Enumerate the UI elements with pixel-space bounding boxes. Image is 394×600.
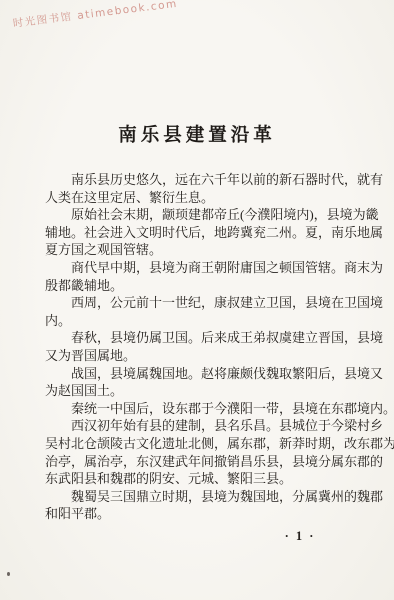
text-line: 又为晋国属地。 bbox=[45, 347, 391, 365]
text-line: 殷都畿辅地。 bbox=[45, 277, 391, 295]
text-line: 西汉初年始有县的建制，县名乐昌。县城位于今梁村乡 bbox=[45, 417, 391, 435]
text-line: 辅地。社会进入文明时代后，地跨冀兖二州。夏，南乐地属 bbox=[45, 224, 391, 242]
text-line: 商代早中期，县境为商王朝附庸国之顿国管辖。商末为 bbox=[45, 259, 391, 277]
page-number: · 1 · bbox=[270, 529, 330, 544]
scan-artifact-speck bbox=[7, 572, 10, 576]
text-line: 东武阳县和魏郡的阴安、元城、繁阳三县。 bbox=[45, 470, 391, 488]
library-watermark: 时光图书馆 atimebook.com bbox=[12, 0, 178, 31]
text-line: 战国，县境属魏国地。赵将廉颇伐魏取繁阳后，县境又 bbox=[45, 365, 391, 383]
text-line: 治亭，属治亭，东汉建武年间撤销昌乐县，县境分属东郡的 bbox=[45, 453, 391, 471]
text-line: 秦统一中国后，设东郡于今濮阳一带，县境在东郡境内。 bbox=[45, 400, 391, 418]
text-line: 吴村北仓颉陵古文化遗址北侧，属东郡，新莽时期，改东郡为 bbox=[45, 435, 391, 453]
text-line: 魏蜀吴三国鼎立时期，县境为魏国地，分属冀州的魏郡 bbox=[45, 488, 391, 506]
book-page: 时光图书馆 atimebook.com 南乐县建置沿革 南乐县历史悠久，远在六千… bbox=[0, 0, 394, 600]
text-line: 南乐县历史悠久，远在六千年以前的新石器时代，就有 bbox=[45, 171, 391, 189]
text-line: 原始社会末期，颛顼建都帝丘(今濮阳境内)，县境为畿 bbox=[45, 206, 391, 224]
text-line: 内。 bbox=[45, 312, 391, 330]
text-line: 西周，公元前十一世纪，康叔建立卫国，县境在卫国境 bbox=[45, 294, 391, 312]
body-text: 南乐县历史悠久，远在六千年以前的新石器时代，就有 人类在这里定居、繁衍生息。 原… bbox=[45, 171, 391, 523]
text-line: 春秋，县境仍属卫国。后来成王弟叔虞建立晋国，县境 bbox=[45, 329, 391, 347]
text-line: 人类在这里定居、繁衍生息。 bbox=[45, 189, 391, 207]
text-line: 和阳平郡。 bbox=[45, 505, 391, 523]
text-line: 夏方国之观国管辖。 bbox=[45, 241, 391, 259]
text-line: 为赵国国土。 bbox=[45, 382, 391, 400]
page-title: 南乐县建置沿革 bbox=[0, 121, 394, 147]
